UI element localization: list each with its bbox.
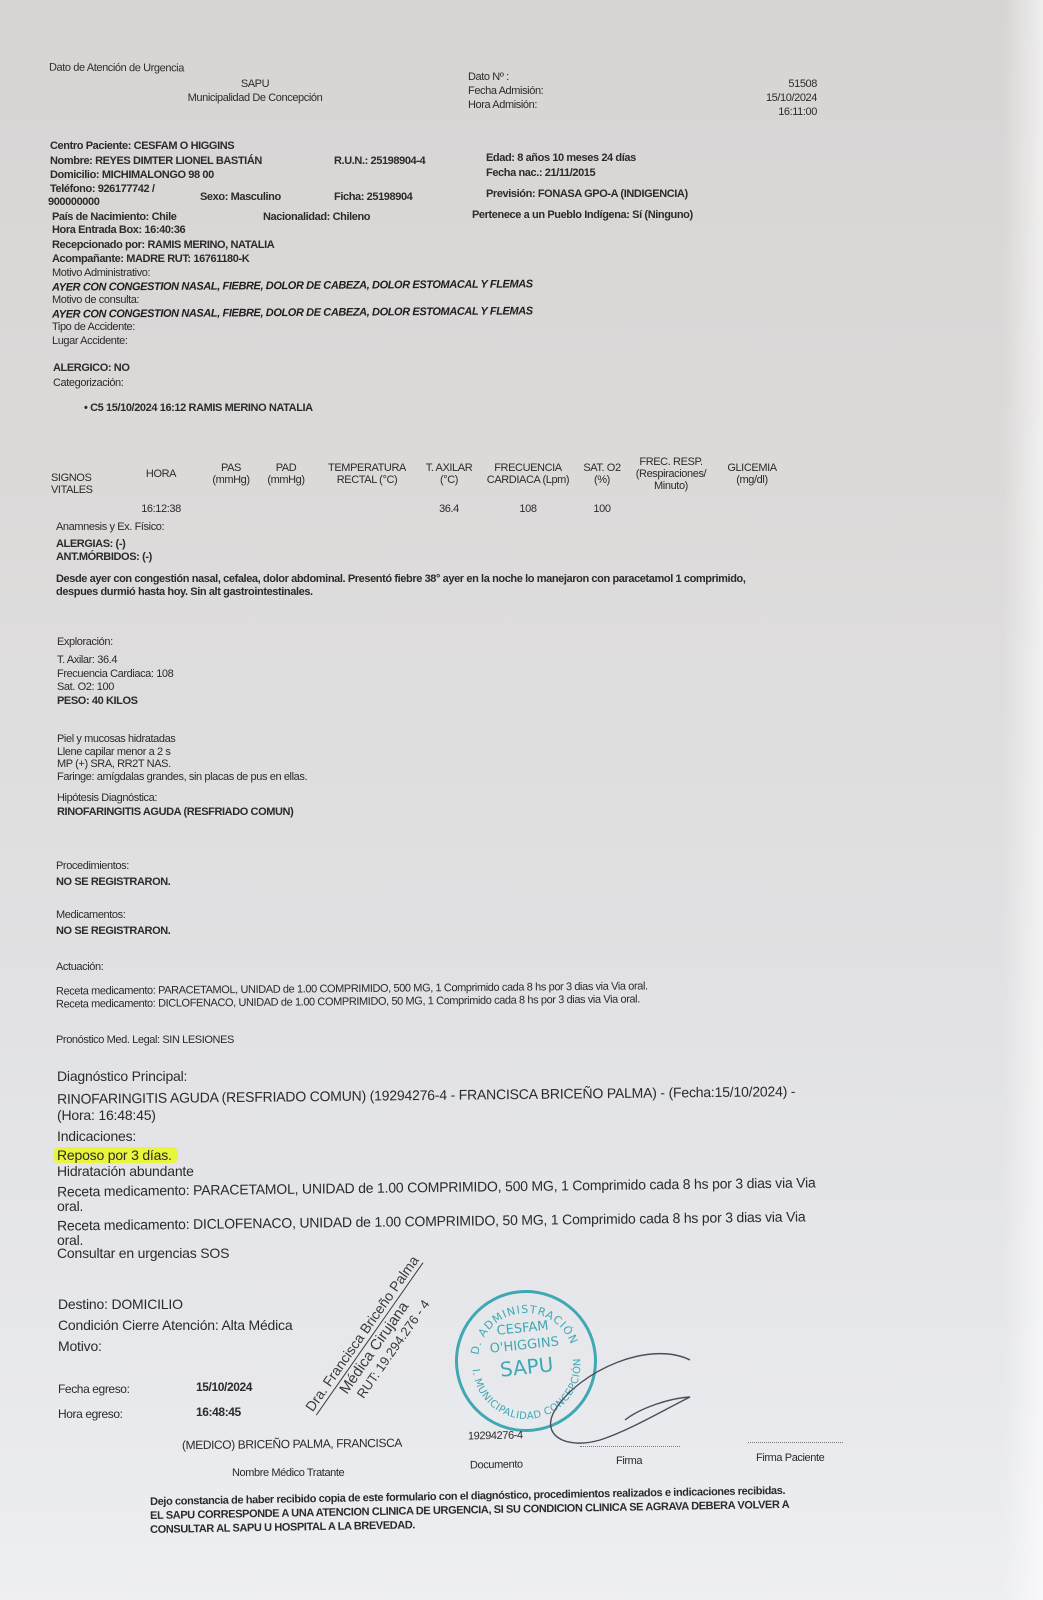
vitals-header-cell: SAT. O2 (%): [580, 448, 624, 500]
vitals-value-cell: 100: [580, 500, 624, 518]
categorization-text: C5 15/10/2024 16:12 RAMIS MERINO NATALIA: [90, 402, 313, 414]
indicaciones-label: Indicaciones:: [57, 1128, 136, 1144]
documento-value: 19294276-4: [468, 1430, 523, 1443]
medico-label: Nombre Médico Tratante: [232, 1467, 344, 1479]
vitals-header-cell: PAS (mmHg): [202, 448, 260, 500]
vitals-header-cell: SIGNOS VITALES: [48, 448, 120, 500]
patient-phone: Teléfono: 926177742 /: [50, 183, 155, 195]
patient-run: R.U.N.: 25198904-4: [334, 155, 425, 167]
patient-prevision: Previsión: FONASA GPO-A (INDIGENCIA): [486, 188, 688, 200]
firma-paciente-line: [748, 1442, 843, 1443]
ant-morbidos: ANT.MÓRBIDOS: (-): [56, 551, 152, 563]
vitals-value-cell: [624, 500, 718, 518]
dato-value: 51508: [700, 78, 817, 90]
signature-scribble: [540, 1340, 710, 1455]
patient-indigenous: Pertenece a un Pueblo Indígena: Sí (Ning…: [472, 209, 693, 221]
exploracion-label: Exploración:: [57, 636, 113, 648]
medico-name: (MEDICO) BRICEÑO PALMA, FRANCISCA: [182, 1436, 402, 1452]
vitals-header-cell: FRECUENCIA CARDIACA (Lpm): [476, 448, 580, 500]
indicacion-receta-1-cont: oral.: [57, 1198, 83, 1214]
vitals-header-cell: TEMPERATURA RECTAL (°C): [312, 448, 422, 500]
exploracion-vitals: T. Axilar: 36.4Frecuencia Cardiaca: 108S…: [57, 654, 173, 708]
firma-line: [580, 1446, 680, 1447]
hipotesis-value: RINOFARINGITIS AGUDA (RESFRIADO COMUN): [57, 806, 293, 818]
vitals-value-cell: [260, 500, 312, 518]
tipo-accidente: Tipo de Accidente:: [52, 321, 135, 333]
exploracion-line: T. Axilar: 36.4: [57, 654, 173, 668]
allergic-status: ALERGICO: NO: [53, 362, 129, 374]
vitals-value-cell: 36.4: [422, 500, 476, 518]
patient-phone-2: 900000000: [48, 196, 99, 208]
documento-label: Documento: [470, 1459, 523, 1472]
vitals-header-cell: PAD (mmHg): [260, 448, 312, 500]
alergias: ALERGIAS: (-): [56, 538, 125, 550]
vitals-value-cell: 108: [476, 500, 580, 518]
vitals-header-cell: T. AXILAR (°C): [422, 448, 476, 500]
vitals-value-cell: 16:12:38: [120, 500, 202, 518]
patient-name: Nombre: REYES DIMTER LIONEL BASTIÁN: [50, 155, 262, 167]
vitals-header-cell: GLICEMIA (mg/dl): [718, 448, 786, 500]
exploracion-line: Sat. O2: 100: [57, 681, 173, 695]
exam-line: Llene capilar menor a 2 s: [57, 746, 307, 759]
exam-line: MP (+) SRA, RR2T NAS.: [57, 758, 307, 771]
anamnesis-text-1: Desde ayer con congestión nasal, cefalea…: [56, 573, 746, 585]
patient-country: País de Nacimiento: Chile: [52, 211, 176, 223]
fecha-egreso-label: Fecha egreso:: [58, 1382, 130, 1396]
received-by: Recepcionado por: RAMIS MERINO, NATALIA: [52, 239, 274, 251]
destino: Destino: DOMICILIO: [58, 1296, 183, 1312]
indicacion-reposo: Reposo por 3 días.: [57, 1147, 178, 1163]
fecha-egreso-value: 15/10/2024: [196, 1380, 252, 1394]
indicacion-consultar: Consultar en urgencias SOS: [57, 1245, 229, 1261]
vitals-value-cell: [312, 500, 422, 518]
lugar-accidente: Lugar Accidente:: [52, 335, 128, 347]
patient-ficha: Ficha: 25198904: [334, 191, 412, 203]
exam-line: Faringe: amígdalas grandes, sin placas d…: [57, 771, 307, 784]
hipotesis-label: Hipótesis Diagnóstica:: [57, 792, 157, 804]
motivo-admin-label: Motivo Administrativo:: [52, 267, 150, 279]
hora-admision-label: Hora Admisión:: [468, 99, 537, 111]
anamnesis-label: Anamnesis y Ex. Físico:: [56, 521, 164, 533]
dato-label: Dato Nº :: [468, 71, 509, 83]
vital-signs-table: SIGNOS VITALESHORAPAS (mmHg)PAD (mmHg)TE…: [48, 448, 786, 518]
diagnostico-label: Diagnóstico Principal:: [57, 1068, 187, 1084]
condicion-cierre: Condición Cierre Atención: Alta Médica: [58, 1317, 292, 1333]
pronostico: Pronóstico Med. Legal: SIN LESIONES: [56, 1034, 234, 1046]
org-name: SAPU: [180, 78, 330, 90]
patient-address: Domicilio: MICHIMALONGO 98 00: [50, 169, 214, 181]
centro-paciente: Centro Paciente: CESFAM O HIGGINS: [50, 140, 234, 152]
vitals-value-cell: [718, 500, 786, 518]
categorization-item: • C5 15/10/2024 16:12 RAMIS MERINO NATAL…: [84, 402, 313, 414]
exam-line: Piel y mucosas hidratadas: [57, 733, 307, 746]
anamnesis-text-2: despues durmió hasta hoy. Sin alt gastro…: [56, 586, 313, 598]
hora-admision-value: 16:11:00: [700, 106, 817, 118]
procedimientos-label: Procedimientos:: [56, 860, 129, 872]
fecha-admision-value: 15/10/2024: [700, 92, 817, 104]
hora-egreso-value: 16:48:45: [196, 1405, 241, 1419]
exploracion-exam: Piel y mucosas hidratadasLlene capilar m…: [57, 733, 307, 783]
highlighted-text: Reposo por 3 días.: [53, 1147, 178, 1163]
patient-age: Edad: 8 años 10 meses 24 días: [486, 152, 636, 164]
document-title: Dato de Atención de Urgencia: [49, 62, 184, 75]
patient-nationality: Nacionalidad: Chileno: [263, 211, 370, 223]
medicamentos-value: NO SE REGISTRARON.: [56, 925, 170, 937]
fecha-admision-label: Fecha Admisión:: [468, 85, 543, 97]
box-entry-time: Hora Entrada Box: 16:40:36: [52, 224, 185, 236]
vitals-value-cell: [48, 500, 120, 518]
categorization-label: Categorización:: [53, 377, 123, 389]
patient-sex: Sexo: Masculino: [200, 191, 281, 203]
firma-paciente-label: Firma Paciente: [756, 1452, 824, 1464]
firma-label: Firma: [616, 1455, 642, 1467]
exploracion-line: Frecuencia Cardiaca: 108: [57, 668, 173, 682]
indicacion-hidratacion: Hidratación abundante: [57, 1163, 194, 1179]
motivo-cierre: Motivo:: [58, 1338, 102, 1354]
exploracion-line: PESO: 40 KILOS: [57, 695, 173, 709]
actuacion-label: Actuación:: [56, 961, 103, 973]
hora-egreso-label: Hora egreso:: [58, 1407, 123, 1421]
org-municipality: Municipalidad De Concepción: [160, 92, 350, 104]
page-edge-shadow: [1003, 0, 1043, 1600]
diagnostico-line-2: (Hora: 16:48:45): [57, 1107, 156, 1123]
medicamentos-label: Medicamentos:: [56, 909, 125, 921]
vitals-header-cell: FREC. RESP. (Respiraciones/ Minuto): [624, 448, 718, 500]
motivo-consulta-label: Motivo de consulta:: [52, 294, 139, 306]
patient-birthdate: Fecha nac.: 21/11/2015: [486, 167, 595, 179]
vitals-value-cell: [202, 500, 260, 518]
companion: Acompañante: MADRE RUT: 16761180-K: [52, 253, 249, 265]
vitals-header-cell: HORA: [120, 448, 202, 500]
procedimientos-value: NO SE REGISTRARON.: [56, 876, 170, 888]
